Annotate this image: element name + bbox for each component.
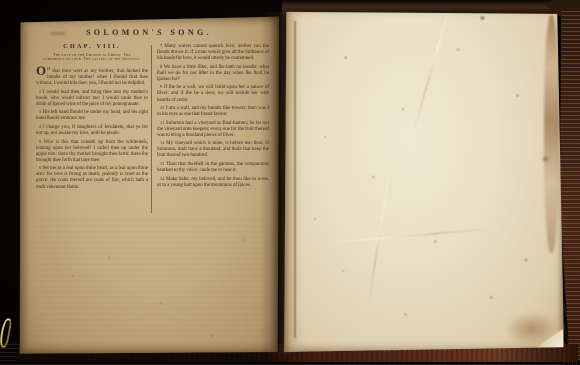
foxing-spot <box>488 295 494 300</box>
foxing-spot <box>343 55 348 60</box>
verses-left: OH that thou wert as my brother, that ſu… <box>36 66 148 191</box>
edge-stain <box>544 15 559 253</box>
foxing-spot <box>209 334 214 338</box>
column-rule <box>151 45 152 213</box>
right-page-gutter-shading <box>283 7 303 352</box>
foxing-spot <box>79 131 83 135</box>
verse: 5 Who is this that cometh up from the wi… <box>36 139 148 164</box>
foxing-spot <box>401 107 405 111</box>
verse-number: 6 <box>39 165 41 170</box>
foxing-spot <box>323 135 327 139</box>
foxing-spot <box>107 256 111 259</box>
verse: 8 We have a little ſiſter, and ſhe hath … <box>157 64 269 83</box>
foxing-spot <box>403 312 408 317</box>
verse: 12 My vineyard which is mine, is before … <box>157 140 269 159</box>
verse-number: 9 <box>160 84 162 89</box>
verse: 13 Thou that dwelleſt in the gardens, th… <box>157 161 269 174</box>
verse-number: 14 <box>160 176 165 181</box>
foxing-spot <box>455 47 461 52</box>
brass-clip <box>0 316 14 354</box>
foxing-spot <box>241 238 245 242</box>
foxing-spot <box>523 257 529 263</box>
verse: 3 His left hand ſhould be under my head,… <box>36 109 148 122</box>
verse-number: 2 <box>39 89 41 94</box>
foxing-spot <box>541 155 550 163</box>
brass-clip-hook <box>0 317 13 348</box>
verse-number: 12 <box>160 140 165 145</box>
verse-number: 10 <box>160 105 165 110</box>
drop-cap: O <box>36 66 46 77</box>
verse: 6 Set me as a ſeal upon thine heart, as … <box>36 165 148 190</box>
verse: 14 Make haſte, my beloved, and be thou l… <box>157 176 269 189</box>
verse-number: 4 <box>39 124 41 129</box>
left-page-printed: SOLOMON'S SONG. CHAP. VIII. The love of … <box>19 16 279 354</box>
paper-crease <box>413 5 451 131</box>
chapter-summary: The love of the Church to Chriſt. The ve… <box>42 53 142 63</box>
verse-number: 11 <box>160 120 164 125</box>
column-left: CHAP. VIII. The love of the Church to Ch… <box>36 43 148 192</box>
verse: 4 I charge you, O daughters of Jeruſalem… <box>36 124 148 137</box>
verse-number: 13 <box>160 161 165 166</box>
foxing-spot <box>479 15 486 21</box>
verse: 10 I am a wall, and my breaſts like towe… <box>157 105 269 118</box>
foxing-spot <box>71 274 75 278</box>
verses-right: 7 Many waters cannot quench love, neithe… <box>157 43 269 189</box>
text-block: CHAP. VIII. The love of the Church to Ch… <box>36 43 269 223</box>
foxing-spot <box>515 93 520 98</box>
foxing-spot <box>159 301 164 305</box>
verse: OH that thou wert as my brother, that ſu… <box>36 66 148 87</box>
chapter-heading: CHAP. VIII. <box>36 43 148 50</box>
paper-crease <box>367 158 392 306</box>
photo-open-antique-bible: SOLOMON'S SONG. CHAP. VIII. The love of … <box>0 0 580 365</box>
foxing-spot <box>341 269 345 273</box>
verse-number: 3 <box>39 109 41 114</box>
right-page-gutter-crease <box>294 21 296 338</box>
column-right: 7 Many waters cannot quench love, neithe… <box>157 43 269 190</box>
foxing-spot <box>371 175 376 179</box>
foxing-spot <box>433 239 438 244</box>
drop-cap-lead: H <box>47 66 50 71</box>
running-title: SOLOMON'S SONG. <box>19 28 279 37</box>
verse: 2 I would lead thee, and bring thee into… <box>36 89 148 108</box>
verse: 7 Many waters cannot quench love, neithe… <box>157 43 269 62</box>
text-showthrough <box>35 220 267 338</box>
right-page-blank <box>283 7 564 352</box>
verse-number: 5 <box>39 139 41 144</box>
verse-number: 8 <box>160 64 162 69</box>
verse: 11 Solomon had a vineyard at Baal-hamon;… <box>157 120 269 139</box>
verse-number: 7 <box>160 43 162 48</box>
paper-crease <box>323 228 493 245</box>
verse: 9 If ſhe be a wall, we will build upon h… <box>157 84 269 103</box>
foxing-spot <box>313 217 317 221</box>
